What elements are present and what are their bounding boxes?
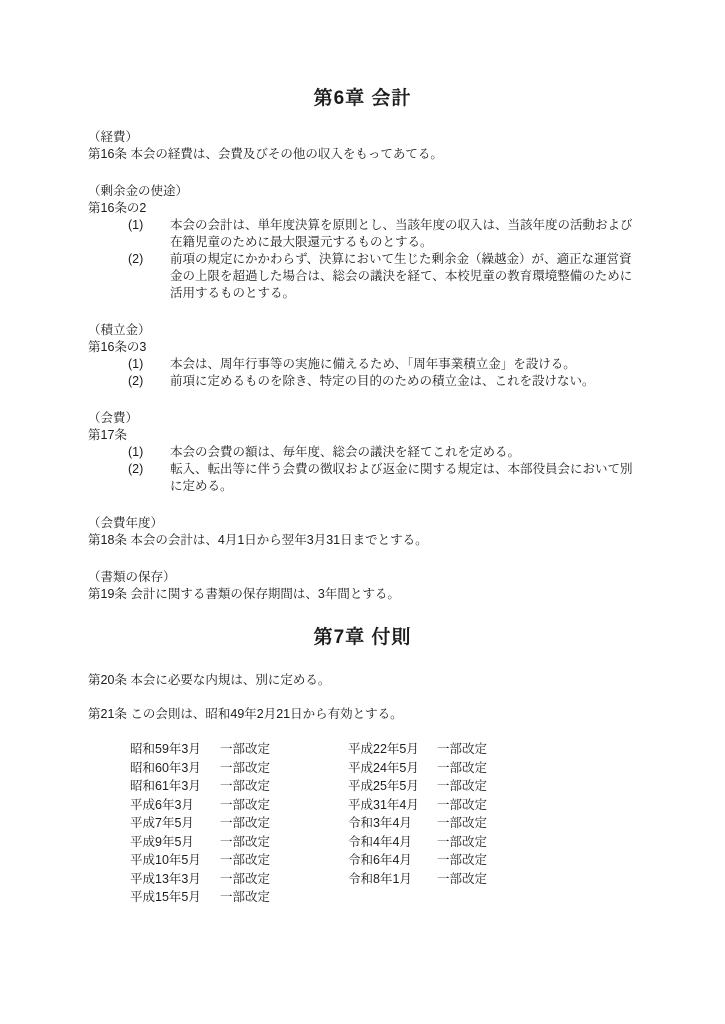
item-text: 前項に定めるものを除き、特定の目的のための積立金は、これを設けない。 xyxy=(170,373,635,390)
revision-date: 令和8年1月 xyxy=(348,870,437,889)
revision-note: 一部改定 xyxy=(437,796,637,815)
revision-date: 平成9年5月 xyxy=(130,833,220,852)
list-item: (1) 本会は、周年行事等の実施に備えるため、「周年事業積立金」を設ける。 xyxy=(128,356,637,373)
revision-date: 昭和60年3月 xyxy=(130,759,220,778)
list-item: (2) 転入、転出等に伴う会費の徴収および返金に関する規定は、本部役員会において… xyxy=(128,461,637,495)
item-number: (1) xyxy=(128,217,170,234)
section-shorui-hozon: （書類の保存） 第19条 会計に関する書類の保存期間は、3年間とする。 xyxy=(88,569,637,603)
revision-note: 一部改定 xyxy=(220,851,348,870)
revision-date: 平成31年4月 xyxy=(348,796,437,815)
revision-note: 一部改定 xyxy=(437,777,637,796)
revision-row: 平成7年5月 一部改定 令和3年4月 一部改定 xyxy=(130,814,637,833)
revision-note xyxy=(437,888,637,907)
chapter6-title: 第6章 会計 xyxy=(88,84,637,113)
section-caption: （会費） xyxy=(88,410,637,427)
article-16-3-items: (1) 本会は、周年行事等の実施に備えるため、「周年事業積立金」を設ける。 (2… xyxy=(88,356,637,390)
document-page: 第6章 会計 （経費） 第16条 本会の経費は、会費及びその他の収入をもってあて… xyxy=(0,0,725,1024)
revision-date: 令和3年4月 xyxy=(348,814,437,833)
item-number: (2) xyxy=(128,251,170,268)
revision-note: 一部改定 xyxy=(437,759,637,778)
revision-note: 一部改定 xyxy=(220,759,348,778)
list-item: (2) 前項に定めるものを除き、特定の目的のための積立金は、これを設けない。 xyxy=(128,373,637,390)
revision-note: 一部改定 xyxy=(437,814,637,833)
item-text: 前項の規定にかかわらず、決算において生じた剰余金（繰越金）が、適正な運営資金の上… xyxy=(170,251,635,302)
revision-note: 一部改定 xyxy=(220,870,348,889)
revision-note: 一部改定 xyxy=(220,740,348,759)
revision-note: 一部改定 xyxy=(437,870,637,889)
revision-date: 平成6年3月 xyxy=(130,796,220,815)
revision-date: 平成15年5月 xyxy=(130,888,220,907)
article-16-3-label: 第16条の3 xyxy=(88,339,637,356)
item-number: (1) xyxy=(128,444,170,461)
revision-note: 一部改定 xyxy=(220,888,348,907)
article-16-text: 第16条 本会の経費は、会費及びその他の収入をもってあてる。 xyxy=(88,146,637,163)
revision-row: 昭和61年3月 一部改定 平成25年5月 一部改定 xyxy=(130,777,637,796)
revision-date: 平成25年5月 xyxy=(348,777,437,796)
revision-note: 一部改定 xyxy=(437,851,637,870)
revision-row: 平成9年5月 一部改定 令和4年4月 一部改定 xyxy=(130,833,637,852)
revision-note: 一部改定 xyxy=(437,833,637,852)
revision-date xyxy=(348,888,437,907)
revision-history: 昭和59年3月 一部改定 平成22年5月 一部改定 昭和60年3月 一部改定 平… xyxy=(130,740,637,907)
article-18-text: 第18条 本会の会計は、4月1日から翌年3月31日までとする。 xyxy=(88,532,637,549)
item-text: 本会の会計は、単年度決算を原則とし、当該年度の収入は、当該年度の活動および在籍児… xyxy=(170,217,635,251)
revision-row: 平成10年5月 一部改定 令和6年4月 一部改定 xyxy=(130,851,637,870)
revision-row: 昭和59年3月 一部改定 平成22年5月 一部改定 xyxy=(130,740,637,759)
section-tsumitatekin: （積立金） 第16条の3 (1) 本会は、周年行事等の実施に備えるため、「周年事… xyxy=(88,322,637,390)
section-caption: （経費） xyxy=(88,129,637,146)
revision-row: 平成6年3月 一部改定 平成31年4月 一部改定 xyxy=(130,796,637,815)
revision-note: 一部改定 xyxy=(220,814,348,833)
section-kaihi-nendo: （会費年度） 第18条 本会の会計は、4月1日から翌年3月31日までとする。 xyxy=(88,515,637,549)
list-item: (2) 前項の規定にかかわらず、決算において生じた剰余金（繰越金）が、適正な運営… xyxy=(128,251,637,302)
revision-note: 一部改定 xyxy=(220,833,348,852)
list-item: (1) 本会の会計は、単年度決算を原則とし、当該年度の収入は、当該年度の活動およ… xyxy=(128,217,637,251)
article-17-items: (1) 本会の会費の額は、毎年度、総会の議決を経てこれを定める。 (2) 転入、… xyxy=(88,444,637,495)
revision-date: 昭和61年3月 xyxy=(130,777,220,796)
section-caption: （会費年度） xyxy=(88,515,637,532)
article-20-text: 第20条 本会に必要な内規は、別に定める。 xyxy=(88,672,637,689)
list-item: (1) 本会の会費の額は、毎年度、総会の議決を経てこれを定める。 xyxy=(128,444,637,461)
revision-date: 平成10年5月 xyxy=(130,851,220,870)
section-caption: （書類の保存） xyxy=(88,569,637,586)
revision-note: 一部改定 xyxy=(437,740,637,759)
item-text: 本会は、周年行事等の実施に備えるため、「周年事業積立金」を設ける。 xyxy=(170,356,635,373)
section-caption: （積立金） xyxy=(88,322,637,339)
revision-row: 平成13年3月 一部改定 令和8年1月 一部改定 xyxy=(130,870,637,889)
section-caption: （剰余金の使途） xyxy=(88,183,637,200)
chapter7-title: 第7章 付則 xyxy=(88,623,637,652)
revision-date: 令和6年4月 xyxy=(348,851,437,870)
revision-note: 一部改定 xyxy=(220,777,348,796)
item-number: (2) xyxy=(128,373,170,390)
revision-date: 平成22年5月 xyxy=(348,740,437,759)
article-19-text: 第19条 会計に関する書類の保存期間は、3年間とする。 xyxy=(88,586,637,603)
revision-date: 平成7年5月 xyxy=(130,814,220,833)
item-number: (2) xyxy=(128,461,170,478)
revision-row: 昭和60年3月 一部改定 平成24年5月 一部改定 xyxy=(130,759,637,778)
revision-note: 一部改定 xyxy=(220,796,348,815)
item-text: 本会の会費の額は、毎年度、総会の議決を経てこれを定める。 xyxy=(170,444,635,461)
item-number: (1) xyxy=(128,356,170,373)
section-keihi: （経費） 第16条 本会の経費は、会費及びその他の収入をもってあてる。 xyxy=(88,129,637,163)
item-text: 転入、転出等に伴う会費の徴収および返金に関する規定は、本部役員会において別に定め… xyxy=(170,461,635,495)
article-16-2-label: 第16条の2 xyxy=(88,200,637,217)
article-17-label: 第17条 xyxy=(88,427,637,444)
section-kaihi: （会費） 第17条 (1) 本会の会費の額は、毎年度、総会の議決を経てこれを定め… xyxy=(88,410,637,495)
section-joyokin: （剰余金の使途） 第16条の2 (1) 本会の会計は、単年度決算を原則とし、当該… xyxy=(88,183,637,302)
revision-date: 昭和59年3月 xyxy=(130,740,220,759)
revision-date: 令和4年4月 xyxy=(348,833,437,852)
revision-date: 平成24年5月 xyxy=(348,759,437,778)
article-21-text: 第21条 この会則は、昭和49年2月21日から有効とする。 xyxy=(88,706,637,723)
article-16-2-items: (1) 本会の会計は、単年度決算を原則とし、当該年度の収入は、当該年度の活動およ… xyxy=(88,217,637,302)
revision-row: 平成15年5月 一部改定 xyxy=(130,888,637,907)
revision-date: 平成13年3月 xyxy=(130,870,220,889)
